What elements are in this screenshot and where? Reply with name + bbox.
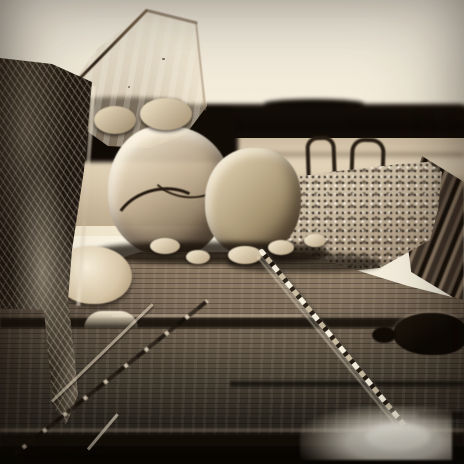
ice-chunk-small [94,106,136,134]
plank-gap [230,381,464,387]
ice-speck [162,58,165,60]
ice-fragment [186,250,210,264]
dark-ice-lump [393,313,464,355]
ice-fragment [268,240,294,255]
ice-speck [128,86,130,88]
ice-fragment [150,238,180,254]
dark-ice-lump [372,327,396,343]
ice-fragment [228,246,262,264]
ice-fragment [304,234,326,247]
bright-glint-core [366,424,430,450]
ice-chunk-small [140,98,192,130]
photo-ice-shards-on-dock [0,0,464,464]
